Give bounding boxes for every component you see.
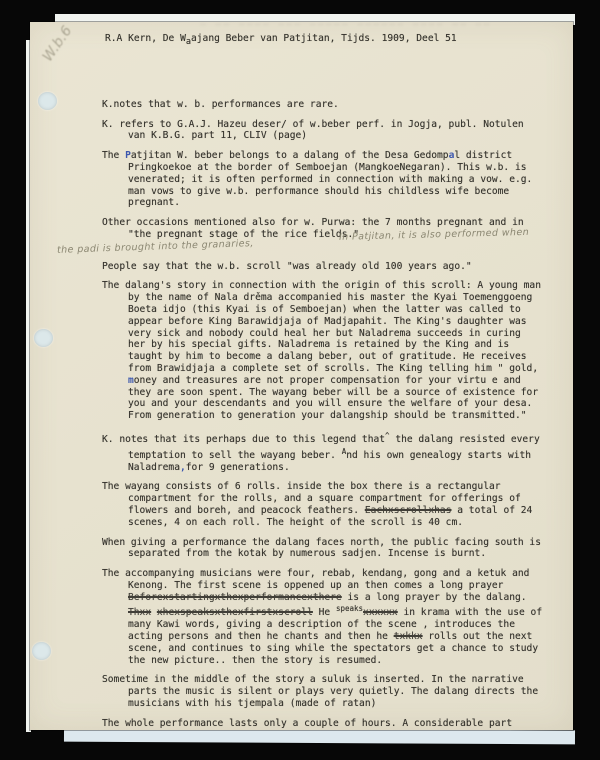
paragraph: The whole performance lasts only a coupl…	[102, 718, 543, 730]
text-segment: The whole performance lasts only a coupl…	[102, 718, 512, 730]
text-segment: Other occasions mentioned also for w. Pu…	[102, 217, 524, 228]
page-title: R.A Kern, De Waajang Beber van Patjitan,…	[105, 33, 543, 49]
paragraph: People say that the w.b. scroll "was alr…	[102, 261, 543, 273]
paragraph: When giving a performance the dalang fac…	[102, 537, 543, 561]
text-segment: The dalang's story in connection with th…	[102, 280, 541, 374]
paragraph: K. notes that its perhaps due to this le…	[102, 430, 543, 473]
screenshot-root: { "page": { "margin_scribble": "W.b.6", …	[0, 0, 600, 760]
text-segment: van K.B.G. part 11, CLIV (page)	[128, 130, 307, 141]
text-segment: txkkx	[394, 631, 423, 642]
underlying-sheet-bottom-edge	[64, 728, 575, 745]
text-segment: ajang Beber van Patjitan, Tijds. 1909, D…	[191, 33, 457, 44]
text-segment: xhexspeaksxthexfirstxscroll	[157, 607, 313, 618]
text-segment: K.notes that w. b. performances are rare…	[102, 99, 339, 110]
paragraph: The wayang consists of 6 rolls. inside t…	[102, 481, 543, 528]
text-segment: is a long prayer by the dalang.	[342, 592, 527, 603]
text-segment: R.A Kern, De W	[105, 33, 186, 44]
document-body: R.A Kern, De Waajang Beber van Patjitan,…	[30, 22, 573, 730]
paragraph: K.notes that w. b. performances are rare…	[102, 99, 543, 111]
scanned-page: ‥ ‥‥ ‥‥‥‥ ‥‥‥ ‥‥‥‥‥ ‥‥‥‥‥‥ ‥‥‥‥ ‥‥ ‥‥ W.…	[30, 22, 573, 730]
text-segment: atjitan W. beber belongs to a dalang of …	[131, 150, 449, 161]
paragraph: The dalang's story in connection with th…	[102, 280, 543, 422]
handwritten-note: the padi is brought into the granaries,	[83, 238, 254, 256]
paragraph: The Patjitan W. beber belongs to a dalan…	[102, 150, 543, 209]
text-segment: Sometime in the middle of the story a su…	[102, 674, 538, 709]
text-segment: Beforexstartingxthexperformancexthere	[128, 592, 342, 603]
paragraph: K. refers to G.A.J. Hazeu deser/ of w.be…	[102, 119, 543, 143]
text-segment: K. refers to G.A.J. Hazeu deser/ of w.be…	[102, 119, 524, 130]
text-segment: oney and treasures are not proper compen…	[128, 375, 538, 421]
paragraph: Other occasions mentioned also for w. Pu…	[102, 217, 543, 252]
handwritten-note: In Patjitan, it is also performed when	[365, 227, 529, 243]
text-segment: He	[313, 607, 336, 618]
text-segment: The accompanying musicians were four, re…	[102, 568, 529, 591]
text-segment: Thxx	[128, 607, 151, 618]
text-segment: Eachxscrollxhas	[365, 505, 452, 516]
text-segment: for 9 generations.	[186, 462, 290, 473]
text-segment: xxxxxx	[363, 607, 398, 618]
paragraph: The accompanying musicians were four, re…	[102, 568, 543, 666]
text-segment: K. notes that its perhaps due to this le…	[102, 434, 385, 445]
text-segment: The	[102, 150, 125, 161]
paragraph: Sometime in the middle of the story a su…	[102, 674, 543, 709]
text-segment: When giving a performance the dalang fac…	[102, 537, 541, 560]
text-segment: People say that the w.b. scroll "was alr…	[102, 261, 472, 272]
text-segment: speaks	[336, 604, 363, 613]
